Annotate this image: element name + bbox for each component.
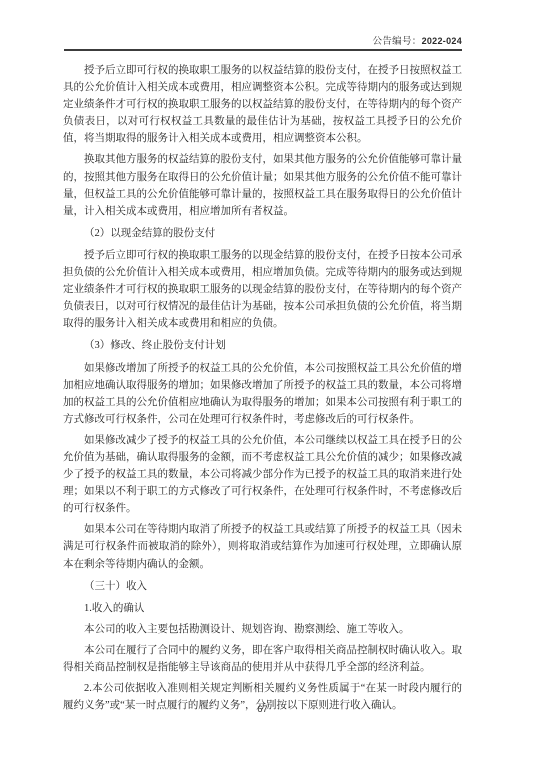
paragraph-equity-settled-vesting: 授予后立即可行权的换取职工服务的以权益结算的股份支付，在授予日按照权益工具的公允… — [63, 62, 462, 147]
announcement-number: 公告编号：2022-024 — [64, 33, 462, 47]
document-body: 授予后立即可行权的换取职工服务的以权益结算的股份支付，在授予日按照权益工具的公允… — [63, 62, 462, 718]
page-number: 67 — [257, 704, 268, 715]
section-heading-revenue: （三十）收入 — [63, 578, 462, 595]
header-divider — [64, 49, 462, 51]
paragraph-cancellation-settlement: 如果本公司在等待期内取消了所授予的权益工具或结算了所授予的权益工具（因未满足可行… — [63, 521, 462, 572]
subheading-revenue-recognition: 1.收入的确认 — [63, 600, 462, 617]
paragraph-revenue-scope: 本公司的收入主要包括勘测设计、规划咨询、勘察测绘、施工等收入。 — [63, 621, 462, 638]
section-heading-cash-settled: （2）以现金结算的股份支付 — [63, 225, 462, 242]
paragraph-cash-settled-vesting: 授予后立即可行权的换取职工服务的以现金结算的股份支付，在授予日按本公司承担负债的… — [63, 247, 462, 332]
paragraph-modification-increase: 如果修改增加了所授予的权益工具的公允价值，本公司按照权益工具公允价值的增加相应地… — [63, 360, 462, 428]
paragraph-modification-decrease: 如果修改减少了授予的权益工具的公允价值，本公司继续以权益工具在授予日的公允价值为… — [63, 432, 462, 517]
announcement-number-label: 公告编号： — [373, 37, 422, 47]
section-heading-modification-termination: （3）修改、终止股份支付计划 — [63, 337, 462, 354]
announcement-number-value: 2022-024 — [422, 36, 462, 46]
paragraph-performance-obligation: 本公司在履行了合同中的履约义务，即在客户取得相关商品控制权时确认收入。取得相关商… — [63, 642, 462, 676]
page-footer: 67 — [63, 704, 462, 715]
paragraph-other-party-services: 换取其他方服务的权益结算的股份支付，如果其他方服务的公允价值能够可靠计量的，按照… — [63, 151, 462, 219]
document-page: 公告编号：2022-024 授予后立即可行权的换取职工服务的以权益结算的股份支付… — [0, 0, 545, 771]
